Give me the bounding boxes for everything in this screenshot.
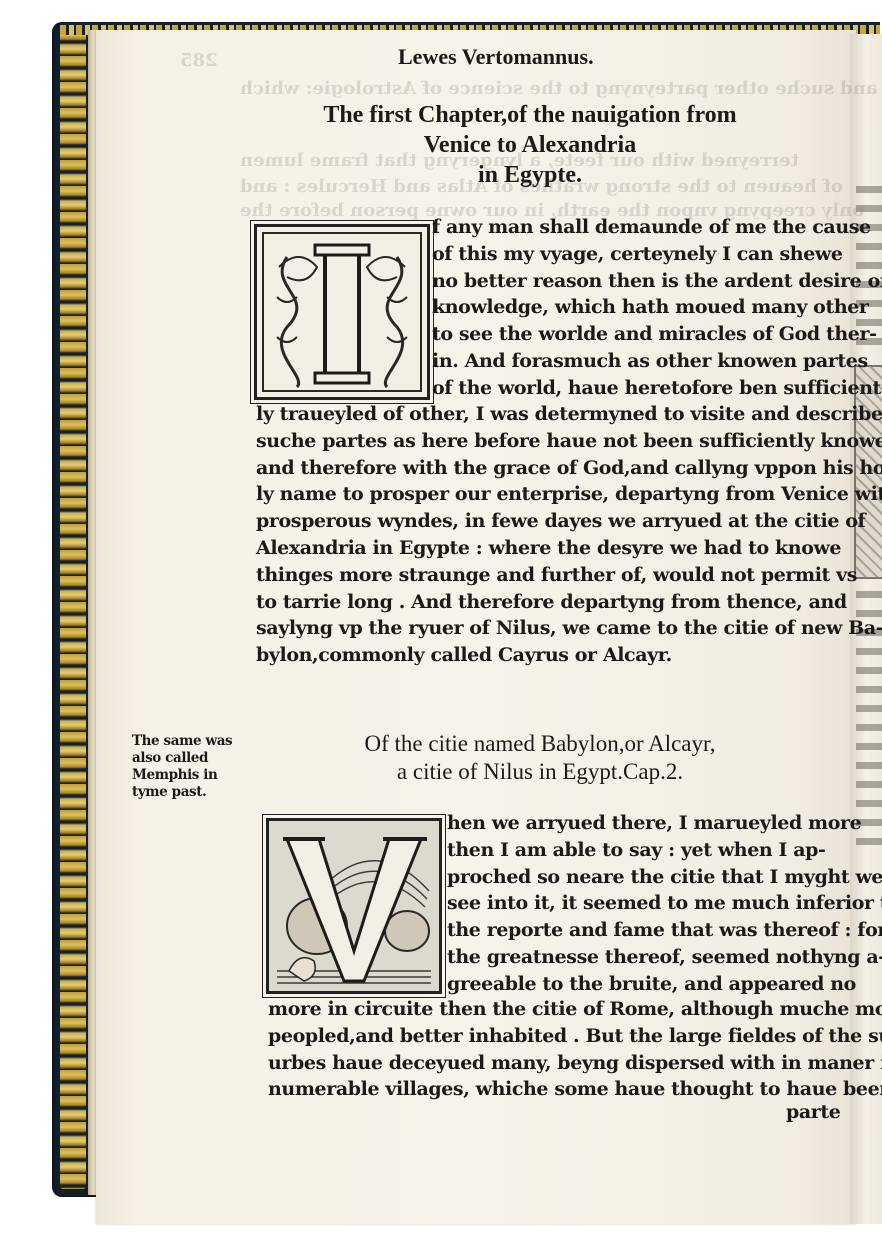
text-line: of this my vyage, certeynely I can shewe [432, 241, 882, 268]
text-line: hen we arryued there, I marueyled more [447, 810, 882, 837]
marginal-note-line: Memphis in [132, 767, 232, 784]
text-line: urbes haue deceyued many, beyng disperse… [268, 1050, 882, 1077]
text-line: the greatnesse thereof, seemed nothyng a… [447, 944, 882, 971]
text-line: to tarrie long . And therefore departyng… [256, 589, 882, 616]
chapter-2-title-line: a citie of Nilus in Egypt.Cap.2. [320, 758, 760, 786]
catchword: parte [786, 1099, 840, 1126]
text-line: Alexandria in Egypte : where the desyre … [256, 535, 882, 562]
decorated-initial-i-icon [257, 227, 427, 397]
text-line: suche partes as here before haue not bee… [256, 428, 882, 455]
text-line: to see the worlde and miracles of God th… [432, 321, 882, 348]
chapter-2-paragraph-indented: hen we arryued there, I marueyled more t… [447, 810, 882, 998]
chapter-2-title: Of the citie named Babylon,or Alcayr, a … [320, 730, 760, 786]
text-line: no better reason then is the ardent desi… [432, 268, 882, 295]
text-line: and therefore with the grace of God,and … [256, 455, 882, 482]
marginal-note-line: tyme past. [132, 784, 232, 801]
chapter-2-title-line: Of the citie named Babylon,or Alcayr, [320, 730, 760, 758]
chapter-1-paragraph-indented: f any man shall demaunde of me the cause… [432, 214, 882, 402]
text-line: ly traueyled of other, I was determyned … [256, 401, 882, 428]
chapter-2-paragraph: more in circuite then the citie of Rome,… [268, 996, 882, 1103]
woodcut-initial-v [266, 818, 442, 994]
text-line: greeable to the bruite, and appeared no [447, 971, 882, 998]
text-line: f any man shall demaunde of me the cause [432, 214, 882, 241]
text-line: proched so neare the citie that I myght … [447, 864, 882, 891]
text-line: the reporte and fame that was thereof : … [447, 917, 882, 944]
text-line: more in circuite then the citie of Rome,… [268, 996, 882, 1023]
text-line: ly name to prosper our enterprise, depar… [256, 481, 882, 508]
text-line: prosperous wyndes, in fewe dayes we arry… [256, 508, 882, 535]
show-through-page-number: 285 [180, 50, 218, 71]
marginal-note: The same was also called Memphis in tyme… [132, 733, 232, 801]
chapter-1-title: The first Chapter,of the nauigation from… [300, 100, 760, 190]
chapter-1-paragraph: ly traueyled of other, I was determyned … [256, 401, 882, 669]
text-line: peopled,and better inhabited . But the l… [268, 1023, 882, 1050]
show-through-line: and suche other parteynyng to the scienc… [240, 78, 878, 99]
text-line: of the world, haue heretofore ben suffic… [432, 375, 882, 402]
marginal-note-line: also called [132, 750, 232, 767]
chapter-1-title-line: in Egypte. [300, 160, 760, 190]
chapter-1-title-line: The first Chapter,of the nauigation from [300, 100, 760, 130]
text-line: then I am able to say : yet when I ap- [447, 837, 882, 864]
text-line: thinges more straunge and further of, wo… [256, 562, 882, 589]
gilt-tooling-border [60, 30, 86, 1189]
marginal-note-line: The same was [132, 733, 232, 750]
text-line: knowledge, which hath moued many other [432, 294, 882, 321]
text-line: in. And forasmuch as other knowen partes [432, 348, 882, 375]
text-line: see into it, it seemed to me much inferi… [447, 890, 882, 917]
text-line: saylyng vp the ryuer of Nilus, we came t… [256, 615, 882, 642]
chapter-1-title-line: Venice to Alexandria [300, 130, 760, 160]
woodcut-initial-i [254, 224, 430, 400]
text-line: bylon,commonly called Cayrus or Alcayr. [256, 642, 882, 669]
running-head: Lewes Vertomannus. [398, 44, 594, 70]
decorated-initial-v-icon [269, 821, 439, 991]
